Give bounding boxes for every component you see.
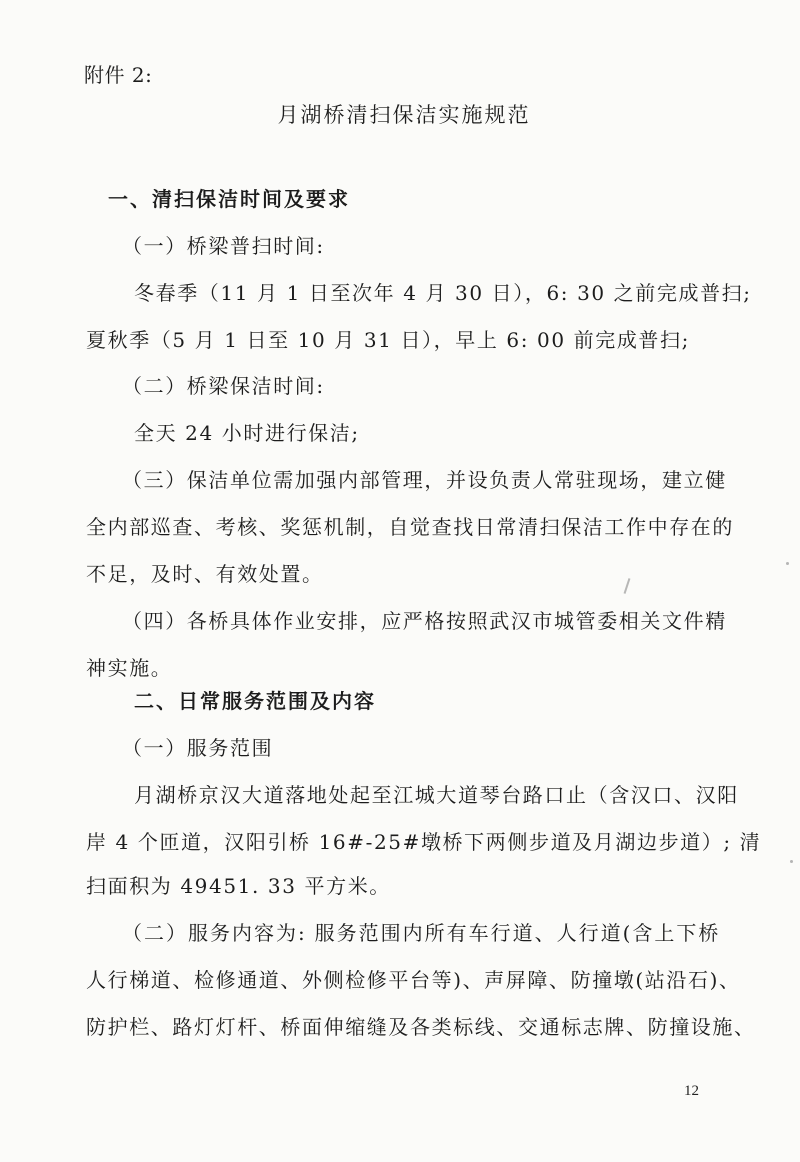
paragraph-line: 神实施。 <box>86 655 172 681</box>
subsection-heading: （一）服务范围 <box>122 735 273 761</box>
subsection-heading: （二）桥梁保洁时间: <box>122 373 325 399</box>
paragraph-line: 冬春季（11 月 1 日至次年 4 月 30 日），6: 30 之前完成普扫; <box>134 280 752 306</box>
paragraph-line: 月湖桥京汉大道落地处起至江城大道琴台路口止（含汉口、汉阳 <box>134 782 720 808</box>
paragraph-line: 防护栏、路灯灯杆、桥面伸缩缝及各类标线、交通标志牌、防撞设施、 <box>86 1014 720 1040</box>
paragraph-line: 全天 24 小时进行保洁; <box>134 420 360 446</box>
document-page: 附件 2: 月湖桥清扫保洁实施规范 一、清扫保洁时间及要求 （一）桥梁普扫时间:… <box>0 0 800 1162</box>
document-title: 月湖桥清扫保洁实施规范 <box>0 102 800 128</box>
attachment-label: 附件 2: <box>84 62 152 88</box>
paragraph-line: 全内部巡查、考核、奖惩机制，自觉查找日常清扫保洁工作中存在的 <box>86 514 720 540</box>
scan-speck <box>786 562 789 565</box>
paragraph-line: 不足，及时、有效处置。 <box>86 561 324 587</box>
section-heading-2: 二、日常服务范围及内容 <box>134 688 376 714</box>
subsection-heading: （一）桥梁普扫时间: <box>122 233 325 259</box>
paragraph-line: 岸 4 个匝道，汉阳引桥 16#-25#墩桥下两侧步道及月湖边步道）; 清 <box>86 829 720 855</box>
paragraph-line: 夏秋季（5 月 1 日至 10 月 31 日），早上 6: 00 前完成普扫; <box>86 327 690 353</box>
page-number: 12 <box>684 1083 699 1100</box>
pen-mark <box>624 578 631 594</box>
paragraph-line: 扫面积为 49451. 33 平方米。 <box>86 873 391 899</box>
paragraph-line: （二）服务内容为: 服务范围内所有车行道、人行道(含上下桥 <box>122 920 720 946</box>
paragraph-line: （三）保洁单位需加强内部管理，并设负责人常驻现场，建立健 <box>122 467 720 493</box>
paragraph-line: （四）各桥具体作业安排，应严格按照武汉市城管委相关文件精 <box>122 608 720 634</box>
section-heading-1: 一、清扫保洁时间及要求 <box>108 186 350 212</box>
scan-speck <box>790 860 793 863</box>
paragraph-line: 人行梯道、检修通道、外侧检修平台等)、声屏障、防撞墩(站沿石)、 <box>86 967 720 993</box>
